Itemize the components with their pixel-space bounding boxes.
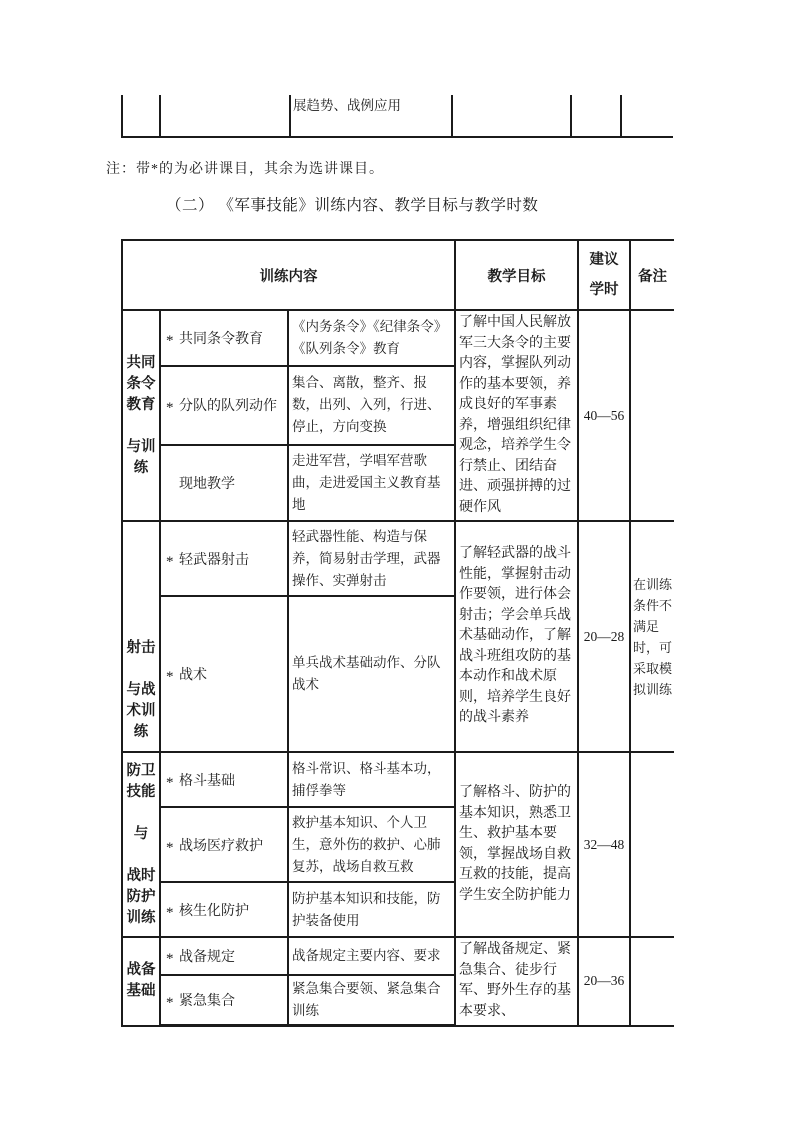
fragment-table: 展趋势、战例应用 — [121, 95, 673, 138]
fragment-cell — [621, 95, 673, 137]
goal-cell: 了解格斗、防护的基本知识，熟悉卫生、救护基本要领，掌握战场自救互救的技能，提高学… — [455, 752, 578, 937]
fragment-cell — [122, 95, 160, 137]
fragment-content-cell: 展趋势、战例应用 — [290, 95, 452, 137]
content-cell: 单兵战术基础动作、分队战术 — [288, 596, 455, 752]
header-suggested-hours: 建议 学时 — [578, 240, 630, 310]
course-cell: 现地教学 — [160, 445, 288, 521]
content-cell: 走进军营，学唱军营歌曲，走进爱国主义教育基地 — [288, 445, 455, 521]
table-row: 共同 条令 教育 与训 练 *共同条令教育 《内务条令》《纪律条令》《队列条令》… — [122, 310, 674, 366]
required-star: * — [166, 995, 179, 1012]
course-cell: *格斗基础 — [160, 752, 288, 807]
content-cell: 战备规定主要内容、要求 — [288, 937, 455, 975]
group-label-cell: 战备 基础 — [122, 937, 160, 1026]
course-name: 共同条令教育 — [179, 332, 263, 347]
hours-cell: 20—28 — [578, 521, 630, 752]
header-row: 训练内容 教学目标 建议 学时 备注 — [122, 240, 674, 310]
note-text: 注：带*的为必讲课目，其余为选讲课目。 — [106, 158, 384, 178]
table-row: 战备 基础 *战备规定 战备规定主要内容、要求 了解战备规定、紧急集合、徒步行军… — [122, 937, 674, 975]
group-label-cell: 共同 条令 教育 与训 练 — [122, 310, 160, 521]
course-cell: *战场医疗救护 — [160, 807, 288, 882]
remark-cell — [630, 937, 674, 1026]
remark-cell — [630, 752, 674, 937]
content-cell: 紧急集合要领、紧急集合训练 — [288, 975, 455, 1026]
goal-cell: 了解中国人民解放军三大条令的主要内容，掌握队列动作的基本要领，养成良好的军事素养… — [455, 310, 578, 521]
content-cell: 防护基本知识和技能，防护装备使用 — [288, 882, 455, 937]
hours-cell: 20—36 — [578, 937, 630, 1026]
training-table: 训练内容 教学目标 建议 学时 备注 共同 条令 教育 与训 练 *共同条令教育… — [121, 239, 674, 1027]
section-title: （二） 《军事技能》训练内容、教学目标与教学时数 — [166, 193, 538, 215]
course-cell: *紧急集合 — [160, 975, 288, 1026]
goal-cell: 了解轻武器的战斗性能，掌握射击动作要领，进行体会射击；学会单兵战术基础动作，了解… — [455, 521, 578, 752]
fragment-cell — [571, 95, 621, 137]
course-name: 紧急集合 — [179, 994, 235, 1009]
table-row: 防卫 技能 与 战时 防护 训练 *格斗基础 格斗常识、格斗基本功，捕俘拳等 了… — [122, 752, 674, 807]
table-row: 射击 与战 术训 练 *轻武器射击 轻武器性能、构造与保养，简易射击学理，武器操… — [122, 521, 674, 596]
content-cell: 《内务条令》《纪律条令》《队列条令》教育 — [288, 310, 455, 366]
required-star: * — [166, 951, 179, 968]
course-name: 战场医疗救护 — [179, 839, 263, 854]
remark-cell — [630, 310, 674, 521]
content-cell: 集合、离散，整齐、报数，出列、入列，行进、停止，方向变换 — [288, 366, 455, 445]
required-star: * — [166, 333, 179, 350]
required-star: * — [166, 840, 179, 857]
course-name: 轻武器射击 — [179, 553, 249, 568]
course-name: 分队的队列动作 — [179, 399, 277, 414]
course-name: 格斗基础 — [179, 774, 235, 789]
course-cell: *战术 — [160, 596, 288, 752]
required-star: * — [166, 905, 179, 922]
goal-cell: 了解战备规定、紧急集合、徒步行军、野外生存的基本要求、 — [455, 937, 578, 1026]
fragment-row: 展趋势、战例应用 — [122, 95, 673, 137]
course-name: 战备规定 — [179, 950, 235, 965]
group-label-cell: 射击 与战 术训 练 — [122, 521, 160, 752]
course-name: 核生化防护 — [179, 904, 249, 919]
hours-cell: 32—48 — [578, 752, 630, 937]
required-star: * — [166, 400, 179, 417]
header-remark: 备注 — [630, 240, 674, 310]
content-cell: 格斗常识、格斗基本功，捕俘拳等 — [288, 752, 455, 807]
course-cell: *核生化防护 — [160, 882, 288, 937]
required-star: * — [166, 554, 179, 571]
fragment-cell — [452, 95, 571, 137]
course-name: 现地教学 — [179, 477, 235, 492]
remark-cell: 在训练条件不满足时，可采取模拟训练 — [630, 521, 674, 752]
hours-cell: 40—56 — [578, 310, 630, 521]
group-label-cell: 防卫 技能 与 战时 防护 训练 — [122, 752, 160, 937]
content-cell: 救护基本知识、个人卫生，意外伤的救护、心肺复苏，战场自救互救 — [288, 807, 455, 882]
content-cell: 轻武器性能、构造与保养，简易射击学理，武器操作、实弹射击 — [288, 521, 455, 596]
header-training-content: 训练内容 — [122, 240, 455, 310]
required-star: * — [166, 669, 179, 686]
page: { "colors": { "text": "#1b1b1b", "line":… — [0, 0, 793, 1122]
course-cell: *轻武器射击 — [160, 521, 288, 596]
course-cell: *共同条令教育 — [160, 310, 288, 366]
course-cell: *战备规定 — [160, 937, 288, 975]
fragment-cell — [160, 95, 290, 137]
header-teaching-goal: 教学目标 — [455, 240, 578, 310]
course-name: 战术 — [179, 668, 207, 683]
course-cell: *分队的队列动作 — [160, 366, 288, 445]
required-star: * — [166, 775, 179, 792]
